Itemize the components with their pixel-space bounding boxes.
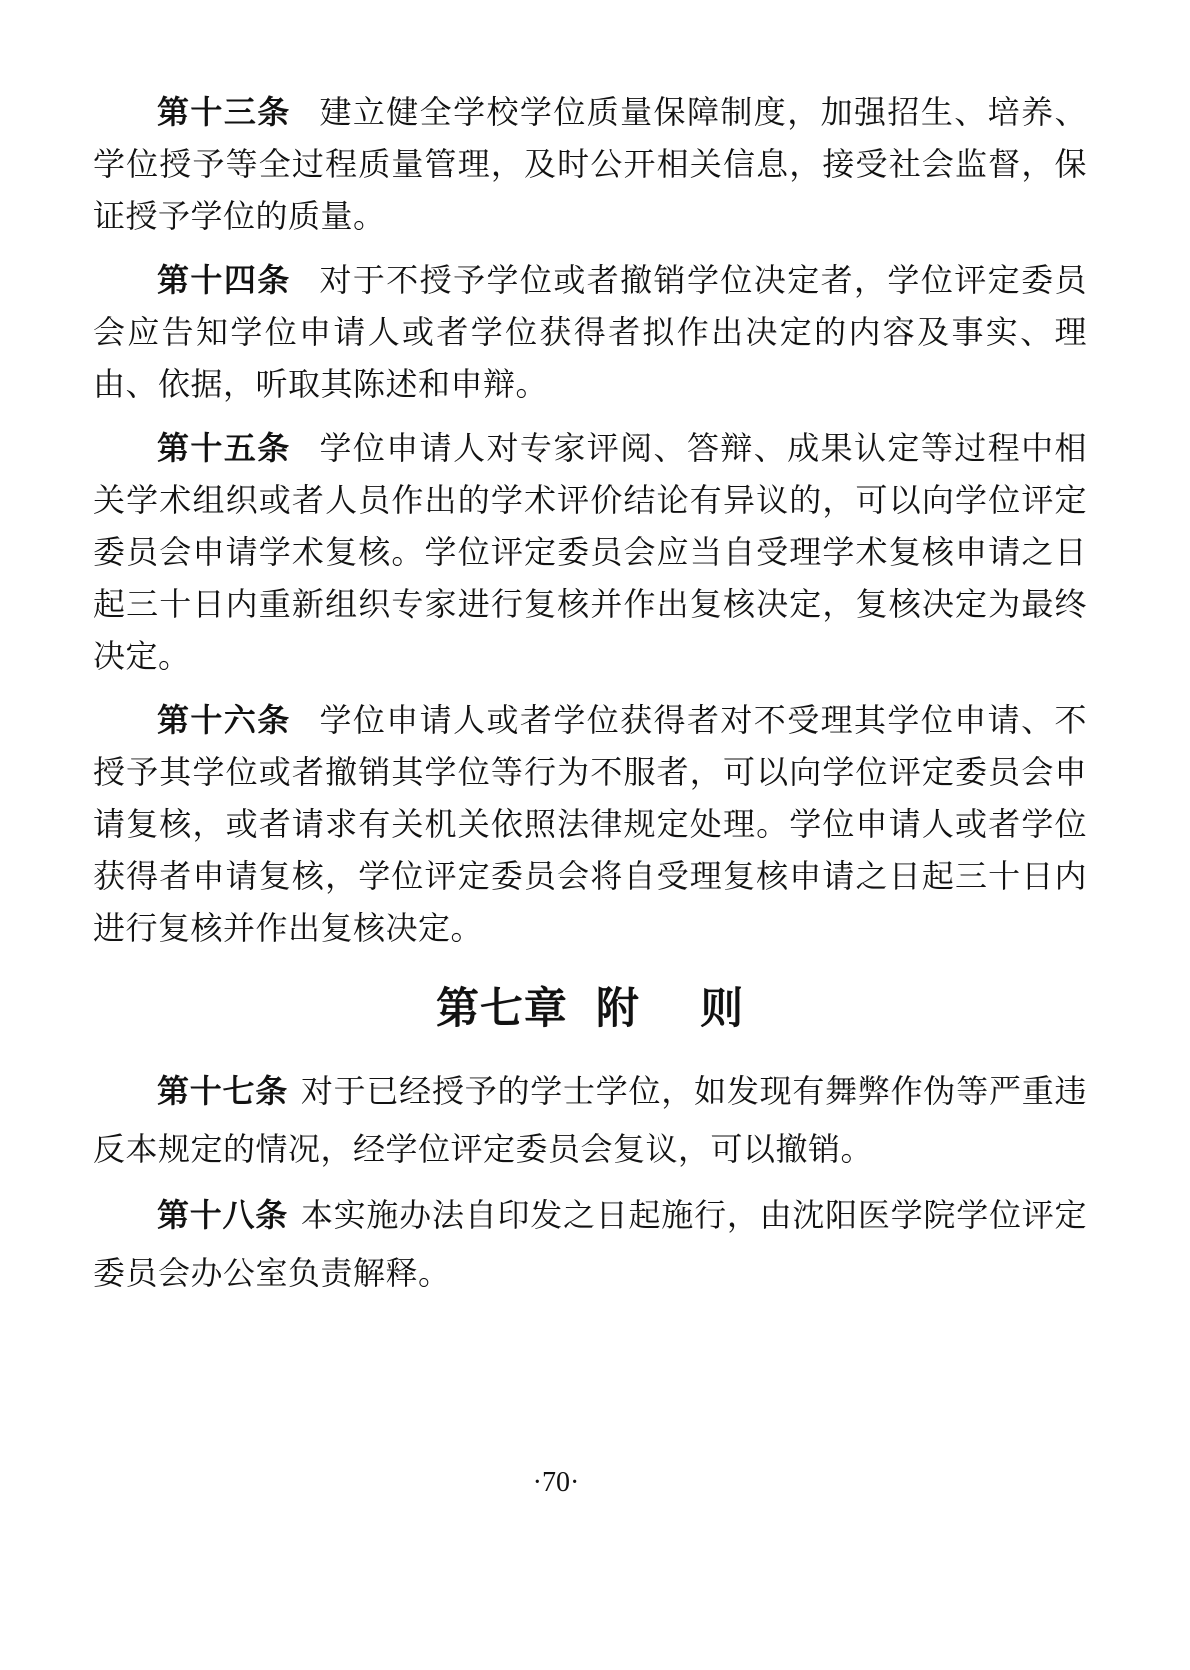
chapter-title-char-1: 附 bbox=[596, 986, 640, 1033]
article-16-text: 学位申请人或者学位获得者对不受理其学位申请、不授予其学位或者撤销其学位等行为不服… bbox=[93, 702, 1087, 946]
article-16: 第十六条学位申请人或者学位获得者对不受理其学位申请、不授予其学位或者撤销其学位等… bbox=[93, 694, 1087, 954]
article-17-label: 第十七条 bbox=[157, 1073, 288, 1109]
article-18: 第十八条本实施办法自印发之日起施行，由沈阳医学院学位评定委员会办公室负责解释。 bbox=[93, 1186, 1087, 1302]
article-14-label: 第十四条 bbox=[157, 262, 291, 298]
document-body: 第十三条建立健全学校学位质量保障制度，加强招生、培养、学位授予等全过程质量管理，… bbox=[93, 86, 1087, 1310]
article-15: 第十五条学位申请人对专家评阅、答辩、成果认定等过程中相关学术组织或者人员作出的学… bbox=[93, 422, 1087, 682]
article-15-label: 第十五条 bbox=[157, 430, 291, 466]
article-15-text: 学位申请人对专家评阅、答辩、成果认定等过程中相关学术组织或者人员作出的学术评价结… bbox=[93, 430, 1087, 674]
article-17: 第十七条对于已经授予的学士学位，如发现有舞弊作伪等严重违反本规定的情况，经学位评… bbox=[93, 1062, 1087, 1178]
article-16-label: 第十六条 bbox=[157, 702, 291, 738]
page-number: ·70· bbox=[533, 1466, 580, 1500]
chapter-heading: 第七章附则 bbox=[93, 980, 1087, 1040]
article-13: 第十三条建立健全学校学位质量保障制度，加强招生、培养、学位授予等全过程质量管理，… bbox=[93, 86, 1087, 242]
article-13-label: 第十三条 bbox=[157, 94, 291, 130]
chapter-number: 第七章 bbox=[436, 986, 568, 1033]
article-14: 第十四条对于不授予学位或者撤销学位决定者，学位评定委员会应告知学位申请人或者学位… bbox=[93, 254, 1087, 410]
document-page: 第十三条建立健全学校学位质量保障制度，加强招生、培养、学位授予等全过程质量管理，… bbox=[0, 0, 1190, 1670]
chapter-title-char-2: 则 bbox=[700, 986, 744, 1033]
article-18-label: 第十八条 bbox=[157, 1197, 288, 1233]
